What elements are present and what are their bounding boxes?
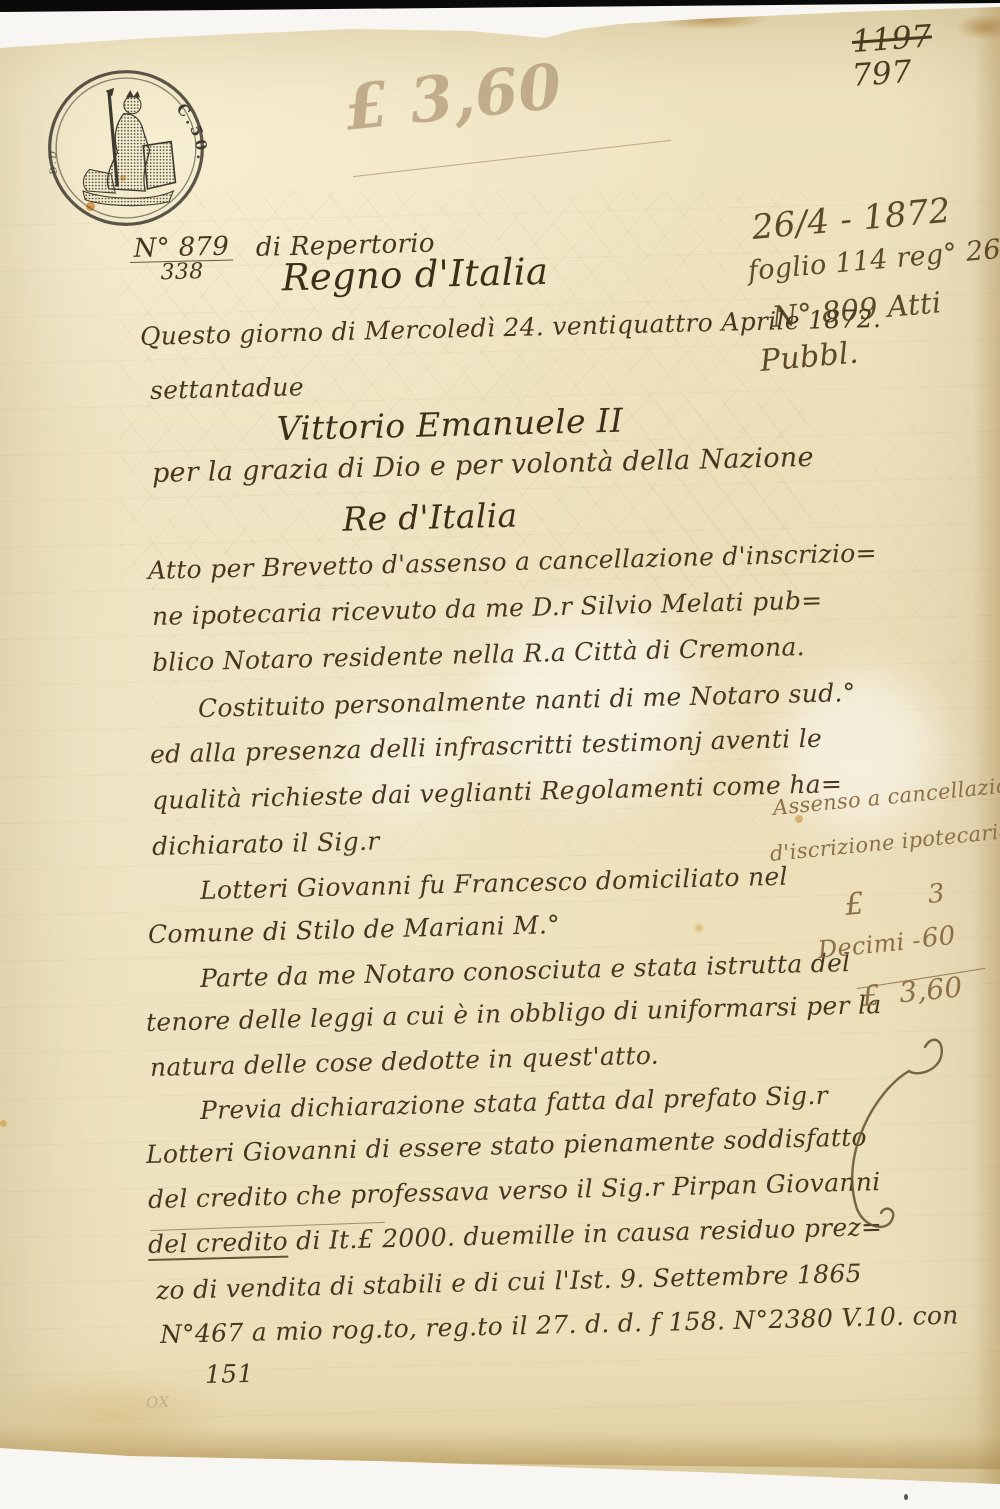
margin-fee-amount: 3 xyxy=(927,878,947,909)
margin-total-currency: £ xyxy=(860,978,881,1013)
corner-pencil-mark: OX xyxy=(146,1393,170,1412)
date-line-2: settantadue xyxy=(150,372,305,405)
registry-pubbl: Pubbl. xyxy=(758,335,860,378)
body-line: Atto per Brevetto d'assenso a cancellazi… xyxy=(148,538,878,585)
body-line: zo di vendita di stabili e di cui l'Ist.… xyxy=(156,1259,862,1305)
margin-total: £ 3,60 xyxy=(860,970,964,1013)
margin-total-amount: 3,60 xyxy=(898,970,964,1009)
paraph-flourish-icon xyxy=(805,1025,965,1255)
svg-text:C.50.: C.50. xyxy=(173,100,212,163)
body-line: ne ipotecaria ricevuto da me D.r Silvio … xyxy=(152,586,823,631)
body-line: qualità richieste dai veglianti Regolame… xyxy=(152,769,843,815)
stain xyxy=(955,14,1000,40)
pencil-crosshatch-overlay xyxy=(140,590,760,860)
margin-decimi-label: Decimi - xyxy=(817,926,922,964)
body-line: ed alla presenza delli infrascritti test… xyxy=(150,724,823,769)
underlined-phrase: del credito xyxy=(148,1227,289,1261)
archive-number: 797 xyxy=(851,54,913,94)
revenue-stamp-icon: C.50. D.D. xyxy=(40,60,212,236)
heading-motto: per la grazia di Dio e per volontà della… xyxy=(152,442,815,489)
body-line: natura delle cose dedotte in quest'atto. xyxy=(150,1041,660,1082)
margin-decimi-value: 60 xyxy=(921,921,957,954)
margin-note-line: d'iscrizione ipotecaria xyxy=(769,819,1000,866)
body-line: tenore delle leggi a cui è in obbligo di… xyxy=(146,990,882,1037)
pencil-underline xyxy=(353,140,671,177)
body-line: blico Notaro residente nella R.a Città d… xyxy=(152,632,806,677)
heading-title: Re d'Italia xyxy=(250,493,611,541)
right-edge-shadow xyxy=(974,0,1000,1509)
body-line: Comune di Stilo de Mariani M.° xyxy=(148,910,561,949)
body-line: dichiarato il Sig.r xyxy=(152,826,380,861)
body-line: N°467 a mio rog.to, reg.to il 27. d. d. … xyxy=(160,1300,959,1349)
margin-fee-currency: £ xyxy=(843,886,866,923)
stain xyxy=(0,1370,230,1460)
body-line: Previa dichiarazione stata fatta dal pre… xyxy=(200,1081,829,1125)
body-line: Costituito personalmente nanti di me Not… xyxy=(198,678,856,723)
body-line: Parte da me Notaro conosciuta e stata is… xyxy=(200,948,851,993)
pencil-total-note: £ 3,60 xyxy=(341,49,565,144)
registry-date: 26/4 - 1872 xyxy=(750,191,952,248)
foxing-spot xyxy=(693,922,705,934)
body-line: Lotteri Giovanni di essere stato piename… xyxy=(146,1122,868,1169)
body-reference-number: 151 xyxy=(205,1359,254,1389)
body-line-continuation: di It.£ 2000. duemille in causa residuo … xyxy=(287,1212,882,1256)
document-paper: C.50. D.D. 1197 797 £ 3,60 26/4 - 1872 f… xyxy=(0,0,1000,1509)
seated-italia-figure xyxy=(83,88,175,206)
heading-realm: Regno d'Italia xyxy=(214,248,615,301)
body-line: Lotteri Giovanni fu Francesco domiciliat… xyxy=(200,862,788,905)
stamp-denomination: C.50. xyxy=(173,100,212,163)
body-line: del credito che professava verso il Sig.… xyxy=(148,1167,881,1214)
foxing-spot xyxy=(0,1120,7,1127)
crossed-archive-number: 1197 xyxy=(851,18,933,59)
heading-king: Vittorio Emanuele II xyxy=(240,400,661,449)
body-line: del credito di It.£ 2000. duemille in ca… xyxy=(148,1212,883,1259)
